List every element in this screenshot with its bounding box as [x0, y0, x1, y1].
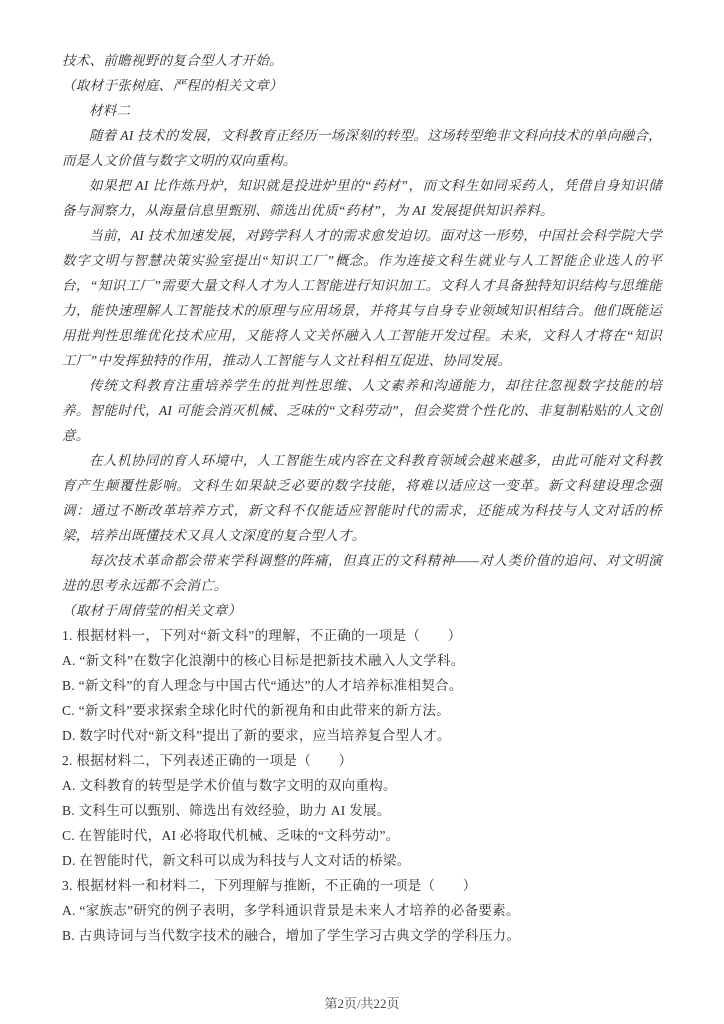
- question-2-stem: 2. 根据材料二，下列表述正确的一项是（ ）: [62, 748, 662, 773]
- question-3-stem: 3. 根据材料一和材料二，下列理解与推断，不正确的一项是（ ）: [62, 873, 662, 898]
- question-1-option-d: D. 数字时代对“新文科”提出了新的要求，应当培养复合型人才。: [62, 723, 662, 748]
- question-1: 1. 根据材料一，下列对“新文科”的理解，不正确的一项是（ ） A. “新文科”…: [62, 623, 662, 748]
- question-2-option-a: A. 文科教育的转型是学术价值与数字文明的双向重构。: [62, 773, 662, 798]
- question-3-option-b: B. 古典诗词与当代数字技术的融合，增加了学生学习古典文学的学科压力。: [62, 923, 662, 948]
- page-number-footer: 第2页/共22页: [0, 993, 724, 1012]
- material-2-paragraph: 传统文科教育注重培养学生的批判性思维、人文素养和沟通能力，却往往忽视数字技能的培…: [62, 373, 662, 448]
- question-2-option-c: C. 在智能时代，AI 必将取代机械、乏味的“文科劳动”。: [62, 823, 662, 848]
- material-2-paragraph: 在人机协同的育人环境中，人工智能生成内容在文科教育领域会越来越多，由此可能对文科…: [62, 448, 662, 548]
- question-3: 3. 根据材料一和材料二，下列理解与推断，不正确的一项是（ ） A. “家族志”…: [62, 873, 662, 948]
- question-1-option-b: B. “新文科”的育人理念与中国古代“通达”的人才培养标准相契合。: [62, 673, 662, 698]
- question-1-option-a: A. “新文科”在数字化浪潮中的核心目标是把新技术融入人文学科。: [62, 648, 662, 673]
- question-3-option-a: A. “家族志”研究的例子表明，多学科通识背景是未来人才培养的必备要素。: [62, 898, 662, 923]
- question-2-option-d: D. 在智能时代，新文科可以成为科技与人文对话的桥梁。: [62, 848, 662, 873]
- material-2-paragraph: 随着 AI 技术的发展，文科教育正经历一场深刻的转型。这场转型绝非文科向技术的单…: [62, 123, 662, 173]
- questions-section: 1. 根据材料一，下列对“新文科”的理解，不正确的一项是（ ） A. “新文科”…: [62, 623, 662, 948]
- question-2: 2. 根据材料二，下列表述正确的一项是（ ） A. 文科教育的转型是学术价值与数…: [62, 748, 662, 873]
- question-1-option-c: C. “新文科”要求探索全球化时代的新视角和由此带来的新方法。: [62, 698, 662, 723]
- material-2-label: 材料二: [62, 98, 662, 123]
- question-1-stem: 1. 根据材料一，下列对“新文科”的理解，不正确的一项是（ ）: [62, 623, 662, 648]
- exam-paper-page: 技术、前瞻视野的复合型人才开始。 （取材于张树庭、严程的相关文章） 材料二 随着…: [0, 0, 724, 1024]
- material-2-paragraph: 每次技术革命都会带来学科调整的阵痛，但真正的文科精神——对人类价值的追问、对文明…: [62, 548, 662, 598]
- attribution-source-2: （取材于周倩莹的相关文章）: [62, 598, 662, 623]
- paragraph-continuation: 技术、前瞻视野的复合型人才开始。: [62, 48, 662, 73]
- document-content: 技术、前瞻视野的复合型人才开始。 （取材于张树庭、严程的相关文章） 材料二 随着…: [62, 48, 662, 948]
- question-2-option-b: B. 文科生可以甄别、筛选出有效经验，助力 AI 发展。: [62, 798, 662, 823]
- attribution-source-1: （取材于张树庭、严程的相关文章）: [62, 73, 662, 98]
- material-2-paragraph: 如果把 AI 比作炼丹炉，知识就是投进炉里的“药材”，而文科生如同采药人，凭借自…: [62, 173, 662, 223]
- material-2-paragraph: 当前，AI 技术加速发展，对跨学科人才的需求愈发迫切。面对这一形势，中国社会科学…: [62, 223, 662, 373]
